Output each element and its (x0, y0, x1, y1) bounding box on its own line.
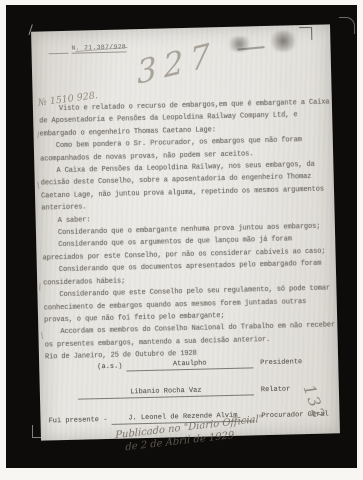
signature-name: Ataulpho (173, 360, 207, 369)
ink-smudge-icon (267, 30, 300, 52)
signature-role: Presidente (253, 358, 330, 369)
scratch-mark-icon (339, 17, 355, 34)
typed-body: Visto e relatado o recurso de embargos,e… (39, 96, 337, 364)
signature-line: Libanio Rocha Vaz (78, 385, 254, 399)
screenshot-root: { "colors": { "frame_bg": "#0d0c0b", "pa… (0, 0, 363, 480)
photo-frame: N. 21.387/928 327 № 1510 928. Visto e re… (6, 5, 357, 468)
signature-name: Libanio Rocha Vaz (130, 387, 202, 397)
crop-mark-top-right-icon (299, 27, 312, 40)
signature-prefix: (a.s.) (97, 363, 122, 373)
signature-spacer (46, 400, 74, 401)
scanned-page: N. 21.387/928 327 № 1510 928. Visto e re… (31, 24, 340, 440)
handwritten-page-number: 327 (136, 34, 218, 92)
dash-mark-icon (49, 53, 69, 54)
ink-smudge-icon (225, 36, 253, 52)
crop-mark-bottom-right-icon (328, 418, 339, 431)
signature-line: Ataulpho (126, 358, 253, 371)
signature-row-relator: Libanio Rocha Vaz Relator (46, 383, 331, 400)
doc-paragraph: A Caixa de Pensões da Leopoldina Railway… (40, 158, 333, 215)
signature-prefix: Fui presente - (48, 416, 107, 426)
ink-smudge-dash-icon (238, 46, 265, 50)
crop-mark-bottom-left-icon (32, 425, 43, 438)
